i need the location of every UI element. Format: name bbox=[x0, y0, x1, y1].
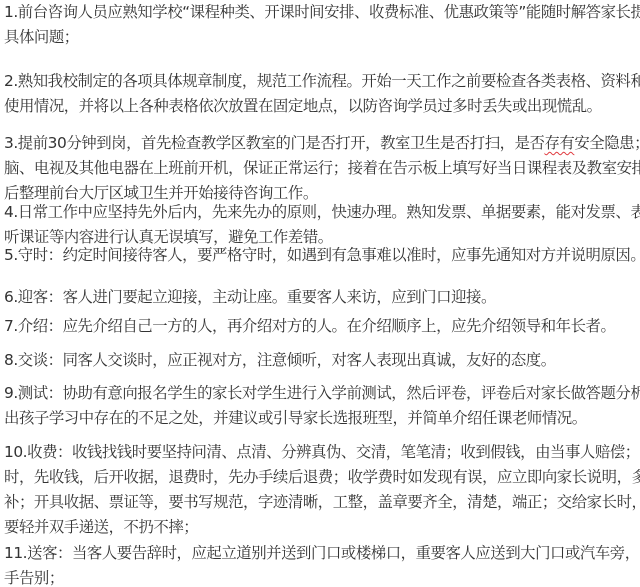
text-line: 出孩子学习中存在的不足之处，并建议或引导家长选报班型，并简单介绍任课老师情况。 bbox=[4, 406, 640, 431]
paragraph-8: 8.交谈：同客人交谈时，应正视对方，注意倾听，对客人表现出真诚，友好的态度。 bbox=[4, 348, 556, 373]
text-line: 1.前台咨询人员应熟知学校“课程种类、开课时间安排、收费标准、优惠政策等”能随时… bbox=[4, 0, 640, 25]
text-line: 6.迎客：客人进门要起立迎接，主动让座。重要客人来访，应到门口迎接。 bbox=[4, 285, 496, 310]
paragraph-10: 10.收费：收钱找钱时要坚持问清、点清、分辨真伪、交清，笔笔清；收到假钱，由当事… bbox=[4, 440, 640, 540]
paragraph-6: 6.迎客：客人进门要起立迎接，主动让座。重要客人来访，应到门口迎接。 bbox=[4, 285, 496, 310]
text-line: 9.测试：协助有意向报名学生的家长对学生进行入学前测试，然后评卷，评卷后对家长做… bbox=[4, 381, 640, 406]
paragraph-9: 9.测试：协助有意向报名学生的家长对学生进行入学前测试，然后评卷，评卷后对家长做… bbox=[4, 381, 640, 431]
paragraph-5: 5.守时：约定时间接待客人，要严格守时，如遇到有急事难以准时，应事先通知对方并说… bbox=[4, 243, 640, 268]
text-line: 脑、电视及其他电器在上班前开机，保证正常运行；接着在告示板上填写好当日课程表及教… bbox=[4, 156, 640, 181]
text-line: 使用情况，并将以上各种表格依次放置在固定地点，以防咨询学员过多时丢失或出现慌乱。 bbox=[4, 94, 640, 119]
text-line: 11.送客：当客人要告辞时，应起立道别并送到门口或楼梯口，重要客人应送到大门口或… bbox=[4, 541, 640, 566]
paragraph-11: 11.送客：当客人要告辞时，应起立道别并送到门口或楼梯口，重要客人应送到大门口或… bbox=[4, 541, 640, 587]
text-line: 具体问题； bbox=[4, 25, 640, 50]
text-line: 时，先收钱，后开收据，退费时，先办手续后退费；收学费时如发现有误，应立即向家长说… bbox=[4, 465, 640, 490]
text-line: 4.日常工作中应坚持先外后内，先来先办的原则，快速办理。熟知发票、单据要素，能对… bbox=[4, 200, 640, 225]
text-line: 补；开具收据、票证等，要书写规范，字迹清晰，工整，盖章要齐全，清楚，端正；交给家… bbox=[4, 490, 640, 515]
text-line: 5.守时：约定时间接待客人，要严格守时，如遇到有急事难以准时，应事先通知对方并说… bbox=[4, 243, 640, 268]
paragraph-7: 7.介绍：应先介绍自己一方的人，再介绍对方的人。在介绍顺序上，应先介绍领导和年长… bbox=[4, 314, 615, 339]
text-line: 10.收费：收钱找钱时要坚持问清、点清、分辨真伪、交清，笔笔清；收到假钱，由当事… bbox=[4, 440, 640, 465]
spellcheck-marked-text[interactable]: 存有 bbox=[544, 134, 574, 152]
paragraph-3: 3.提前30分钟到岗，首先检查教学区教室的门是否打开，教室卫生是否打扫，是否存有… bbox=[4, 131, 640, 206]
text-line: 3.提前30分钟到岗，首先检查教学区教室的门是否打开，教室卫生是否打扫，是否存有… bbox=[4, 131, 640, 156]
text-line: 7.介绍：应先介绍自己一方的人，再介绍对方的人。在介绍顺序上，应先介绍领导和年长… bbox=[4, 314, 615, 339]
text-line: 手告别； bbox=[4, 566, 640, 587]
paragraph-1: 1.前台咨询人员应熟知学校“课程种类、开课时间安排、收费标准、优惠政策等”能随时… bbox=[4, 0, 640, 50]
text-line: 8.交谈：同客人交谈时，应正视对方，注意倾听，对客人表现出真诚，友好的态度。 bbox=[4, 348, 556, 373]
text-line: 2.熟知我校制定的各项具体规章制度，规范工作流程。开始一天工作之前要检查各类表格… bbox=[4, 69, 640, 94]
paragraph-2: 2.熟知我校制定的各项具体规章制度，规范工作流程。开始一天工作之前要检查各类表格… bbox=[4, 69, 640, 119]
text-line: 要轻并双手递送，不扔不摔； bbox=[4, 515, 640, 540]
